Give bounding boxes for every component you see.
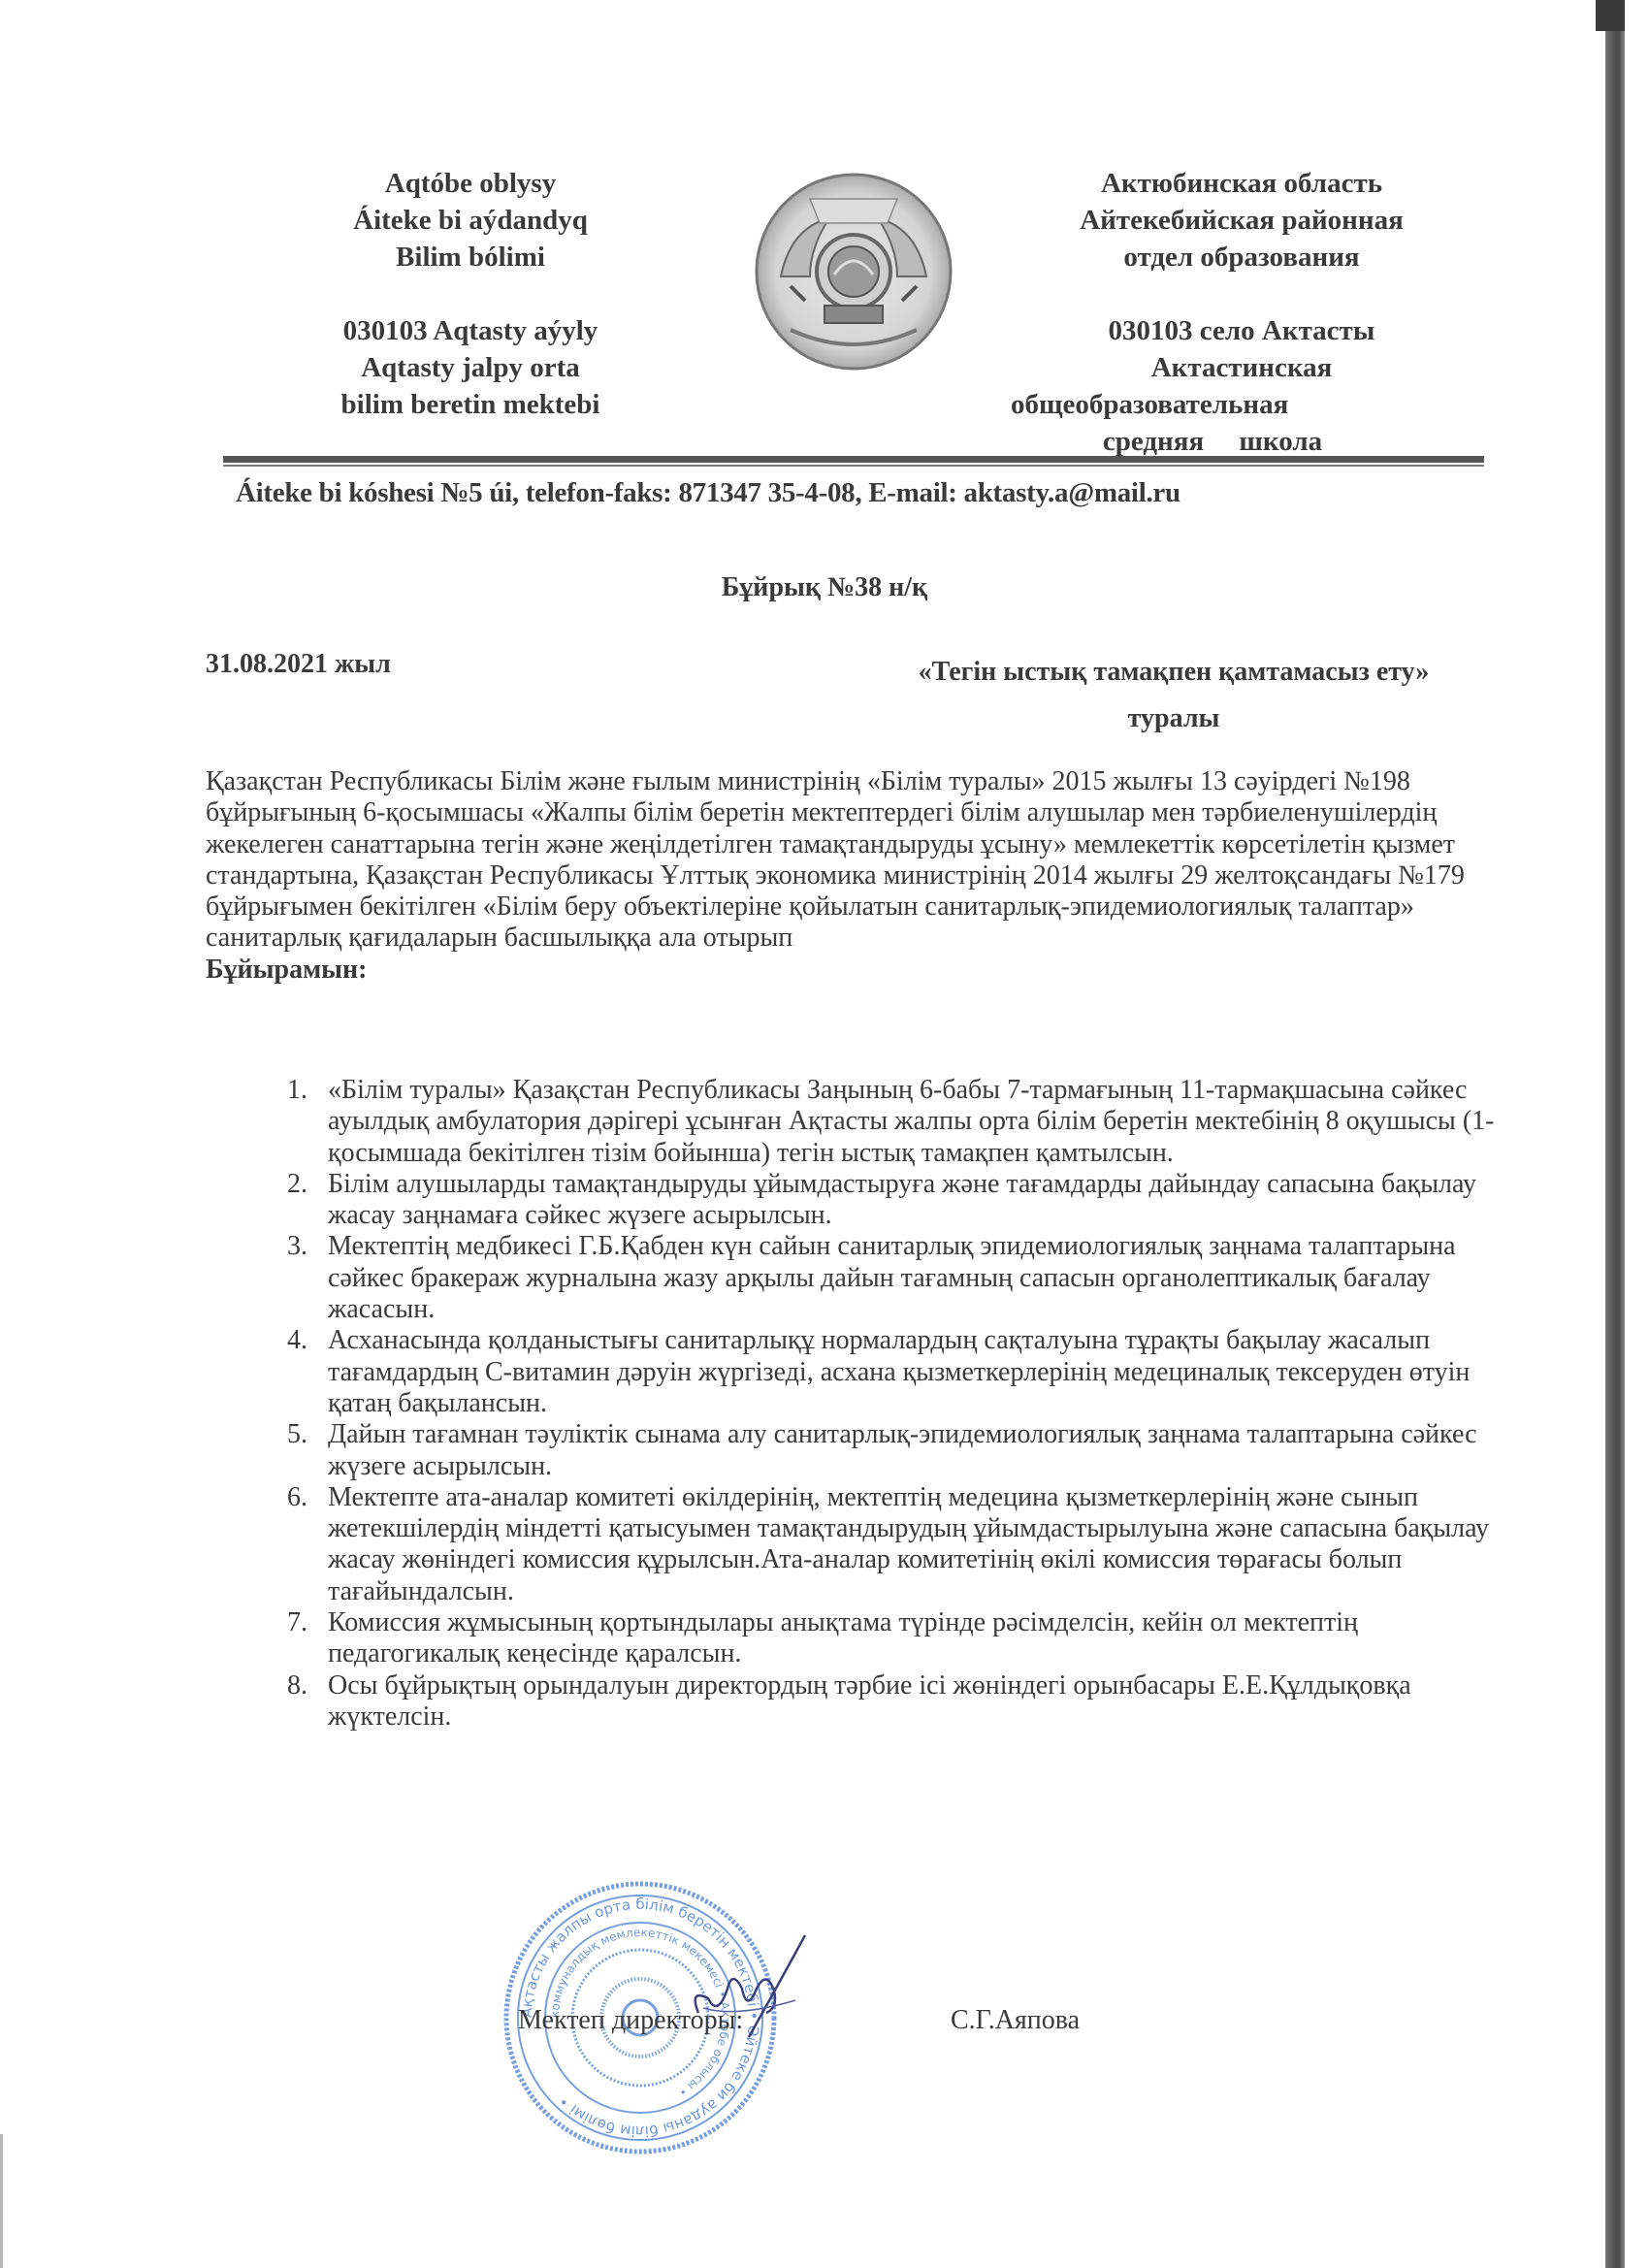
letterhead-left: Aqtóbe oblysy Áiteke bi aýdandyq Bilim b… [291,165,650,423]
order-title: Бұйрық №38 н/қ [0,572,1649,603]
item-number: 8. [287,1670,307,1701]
order-item: 3.Мектептің медбикесі Г.Б.Қабден күн сай… [206,1231,1505,1325]
item-text: Осы бұйрықтың орындалуын директордың тәр… [328,1670,1505,1733]
order-subject-line: туралы [854,696,1494,742]
item-number: 1. [287,1075,307,1106]
signatory-name: С.Г.Аяпова [786,2005,1080,2036]
scan-edge-left [0,2134,3,2268]
order-subject-line: «Тегін ыстық тамақпен қамтамасыз ету» [854,649,1494,696]
item-number: 6. [287,1482,307,1513]
order-item: 2.Білім алушыларды тамақтандыруды ұйымда… [206,1169,1505,1232]
letterhead-divider [223,456,1484,468]
item-text: Мектептің медбикесі Г.Б.Қабден күн сайын… [328,1231,1505,1325]
order-item: 6.Мектепте ата-аналар комитеті өкілдерін… [206,1482,1505,1607]
item-text: Комиссия жұмысының қортындылары анықтама… [328,1607,1505,1670]
item-text: Дайын тағамнан тәуліктік сынама алу сани… [328,1419,1505,1482]
item-text: Асханасында қолданыстығы санитарлықұ нор… [328,1325,1505,1419]
letterhead-right-line: отдел образования [989,239,1494,275]
letterhead-left-address: bilim beretin mektebi [291,386,650,423]
state-emblem-icon [752,170,955,373]
letterhead-right: Актюбинская область Айтекебийская районн… [989,165,1494,460]
order-item: 5.Дайын тағамнан тәуліктік сынама алу са… [206,1419,1505,1482]
letterhead-left-address: 030103 Aqtasty aýyly [291,312,650,349]
preamble-text: Қазақстан Республикасы Білім және ғылым … [206,766,1465,953]
scan-edge-corner [1596,0,1625,31]
letterhead-right-line: Актюбинская область [989,165,1494,202]
letterhead-right-address: Актастинская [989,349,1494,386]
letterhead-left-line: Bilim bólimi [291,239,650,275]
order-date: 31.08.2021 жыл [206,649,391,680]
item-number: 5. [287,1419,307,1450]
item-number: 4. [287,1325,307,1356]
letterhead-right-line: Айтекебийская районная [989,202,1494,239]
letterhead-right-address: средняя школа [989,423,1494,460]
letterhead-right-address: общеобразовательная [989,386,1494,423]
item-text: «Білім туралы» Қазақстан Республикасы За… [328,1075,1505,1169]
item-number: 3. [287,1231,307,1262]
item-number: 2. [287,1169,307,1200]
order-preamble: Қазақстан Республикасы Білім және ғылым … [206,766,1496,986]
order-item: 7.Комиссия жұмысының қортындылары анықта… [206,1607,1505,1670]
letterhead-left-address: Aqtasty jalpy orta [291,349,650,386]
scan-edge-right [1605,0,1625,2268]
order-subject: «Тегін ыстық тамақпен қамтамасыз ету» ту… [854,649,1494,742]
order-item: 8.Осы бұйрықтың орындалуын директордың т… [206,1670,1505,1733]
item-text: Мектепте ата-аналар комитеті өкілдерінің… [328,1482,1505,1607]
decree-word: Бұйырамын: [206,955,1496,986]
letterhead-right-address: 030103 село Актасты [989,312,1494,349]
letterhead-contact-line: Áiteke bi kóshesi №5 úi, telefon-faks: 8… [236,475,1497,510]
item-text: Білім алушыларды тамақтандыруды ұйымдаст… [328,1169,1505,1232]
letterhead-left-line: Áiteke bi aýdandyq [291,202,650,239]
order-item: 4.Асханасында қолданыстығы санитарлықұ н… [206,1325,1505,1419]
order-items-list: 1.«Білім туралы» Қазақстан Республикасы … [206,1075,1505,1733]
letterhead-left-line: Aqtóbe oblysy [291,165,650,202]
order-item: 1.«Білім туралы» Қазақстан Республикасы … [206,1075,1505,1169]
item-number: 7. [287,1607,307,1638]
